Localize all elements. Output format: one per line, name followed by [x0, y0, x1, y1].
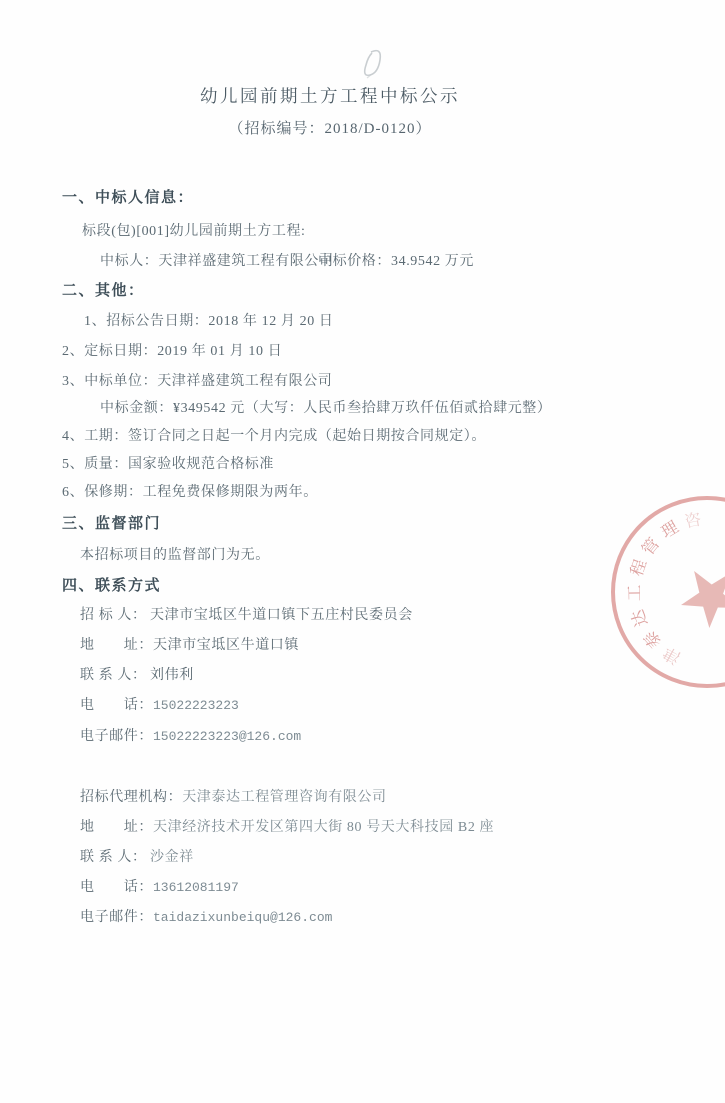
tenderer-contact-row: 联 系 人：刘伟利 [80, 666, 194, 686]
winner-price: 中标价格：34.9542 万元 [318, 252, 474, 272]
stamp-seal: 津 泰 达 工 程 管 理 咨 [613, 498, 725, 686]
agency-address-value: 天津经济技术开发区第四大街 80 号天大科技园 B2 座 [153, 820, 494, 835]
agency-address-row: 地 址：天津经济技术开发区第四大街 80 号天大科技园 B2 座 [80, 818, 494, 838]
address-value: 天津市宝坻区牛道口镇 [153, 638, 299, 653]
winner-name: 中标人：天津祥盛建筑工程有限公司 [100, 252, 334, 272]
contact-label: 联 系 人： [80, 666, 150, 686]
section2-heading: 二、其他： [62, 281, 145, 301]
agency-email-value: taidazixunbeiqu@126.com [153, 910, 332, 925]
stamp-char: 理 [658, 517, 682, 542]
winner-unit-line: 3、中标单位：天津祥盛建筑工程有限公司 [62, 372, 332, 392]
stamp-char: 泰 [640, 627, 665, 652]
stamp-ring [613, 498, 725, 686]
section1-heading: 一、中标人信息： [62, 188, 194, 208]
phone-value: 15022223223 [153, 698, 239, 713]
stamp-star-icon [673, 562, 725, 634]
stamp-char: 咨 [683, 510, 703, 532]
tender-number: （招标编号：2018/D-0120） [0, 119, 660, 139]
warranty-line: 6、保修期：工程免费保修期限为两年。 [62, 483, 318, 503]
announce-date-line: 1、招标公告日期：2018 年 12 月 20 日 [84, 312, 334, 332]
stamp-char: 津 [659, 643, 683, 668]
quality-line: 5、质量：国家验收规范合格标准 [62, 455, 274, 475]
agency-row: 招标代理机构：天津泰达工程管理咨询有限公司 [80, 788, 387, 808]
tenderer-phone-row: 电 话：15022223223 [80, 696, 239, 716]
document-page: 幼儿园前期土方工程中标公示 （招标编号：2018/D-0120） 一、中标人信息… [0, 0, 725, 1103]
agency-label: 招标代理机构： [80, 788, 182, 808]
phone-label: 电 话： [80, 696, 153, 716]
agency-phone-value: 13612081197 [153, 880, 239, 895]
email-value: 15022223223@126.com [153, 729, 301, 744]
agency-contact-label: 联 系 人： [80, 848, 150, 868]
agency-value: 天津泰达工程管理咨询有限公司 [182, 790, 386, 805]
duration-line: 4、工期：签订合同之日起一个月内完成（起始日期按合同规定）。 [62, 427, 486, 447]
supervision-line: 本招标项目的监督部门为无。 [80, 546, 270, 566]
address-label: 地 址： [80, 636, 153, 656]
package-line: 标段(包)[001]幼儿园前期土方工程: [82, 222, 306, 242]
award-date-line: 2、定标日期：2019 年 01 月 10 日 [62, 342, 282, 362]
email-label: 电子邮件： [80, 727, 153, 747]
section4-heading: 四、联系方式 [62, 576, 161, 596]
agency-address-label: 地 址： [80, 818, 153, 838]
agency-contact-row: 联 系 人：沙金祥 [80, 848, 194, 868]
award-amount-line: 中标金额：¥349542 元（大写：人民币叁拾肆万玖仟伍佰贰拾肆元整） [100, 399, 552, 419]
stamp-char: 工 [625, 585, 644, 602]
agency-email-row: 电子邮件：taidazixunbeiqu@126.com [80, 908, 332, 928]
stamp-char: 程 [627, 556, 650, 578]
agency-phone-label: 电 话： [80, 878, 153, 898]
tenderer-row: 招 标 人：天津市宝坻区牛道口镇下五庄村民委员会 [80, 606, 413, 626]
tenderer-address-row: 地 址：天津市宝坻区牛道口镇 [80, 636, 299, 656]
section3-heading: 三、监督部门 [62, 514, 161, 534]
page-title: 幼儿园前期土方工程中标公示 [0, 86, 660, 106]
tenderer-email-row: 电子邮件：15022223223@126.com [80, 727, 301, 747]
handwritten-mark [355, 40, 399, 88]
agency-phone-row: 电 话：13612081197 [80, 878, 239, 898]
agency-contact-value: 沙金祥 [150, 850, 194, 865]
stamp-char: 管 [638, 534, 663, 559]
tenderer-label: 招 标 人： [80, 606, 150, 626]
stamp-char: 达 [628, 607, 652, 630]
tenderer-value: 天津市宝坻区牛道口镇下五庄村民委员会 [150, 608, 413, 623]
agency-email-label: 电子邮件： [80, 908, 153, 928]
contact-value: 刘伟利 [150, 668, 194, 683]
